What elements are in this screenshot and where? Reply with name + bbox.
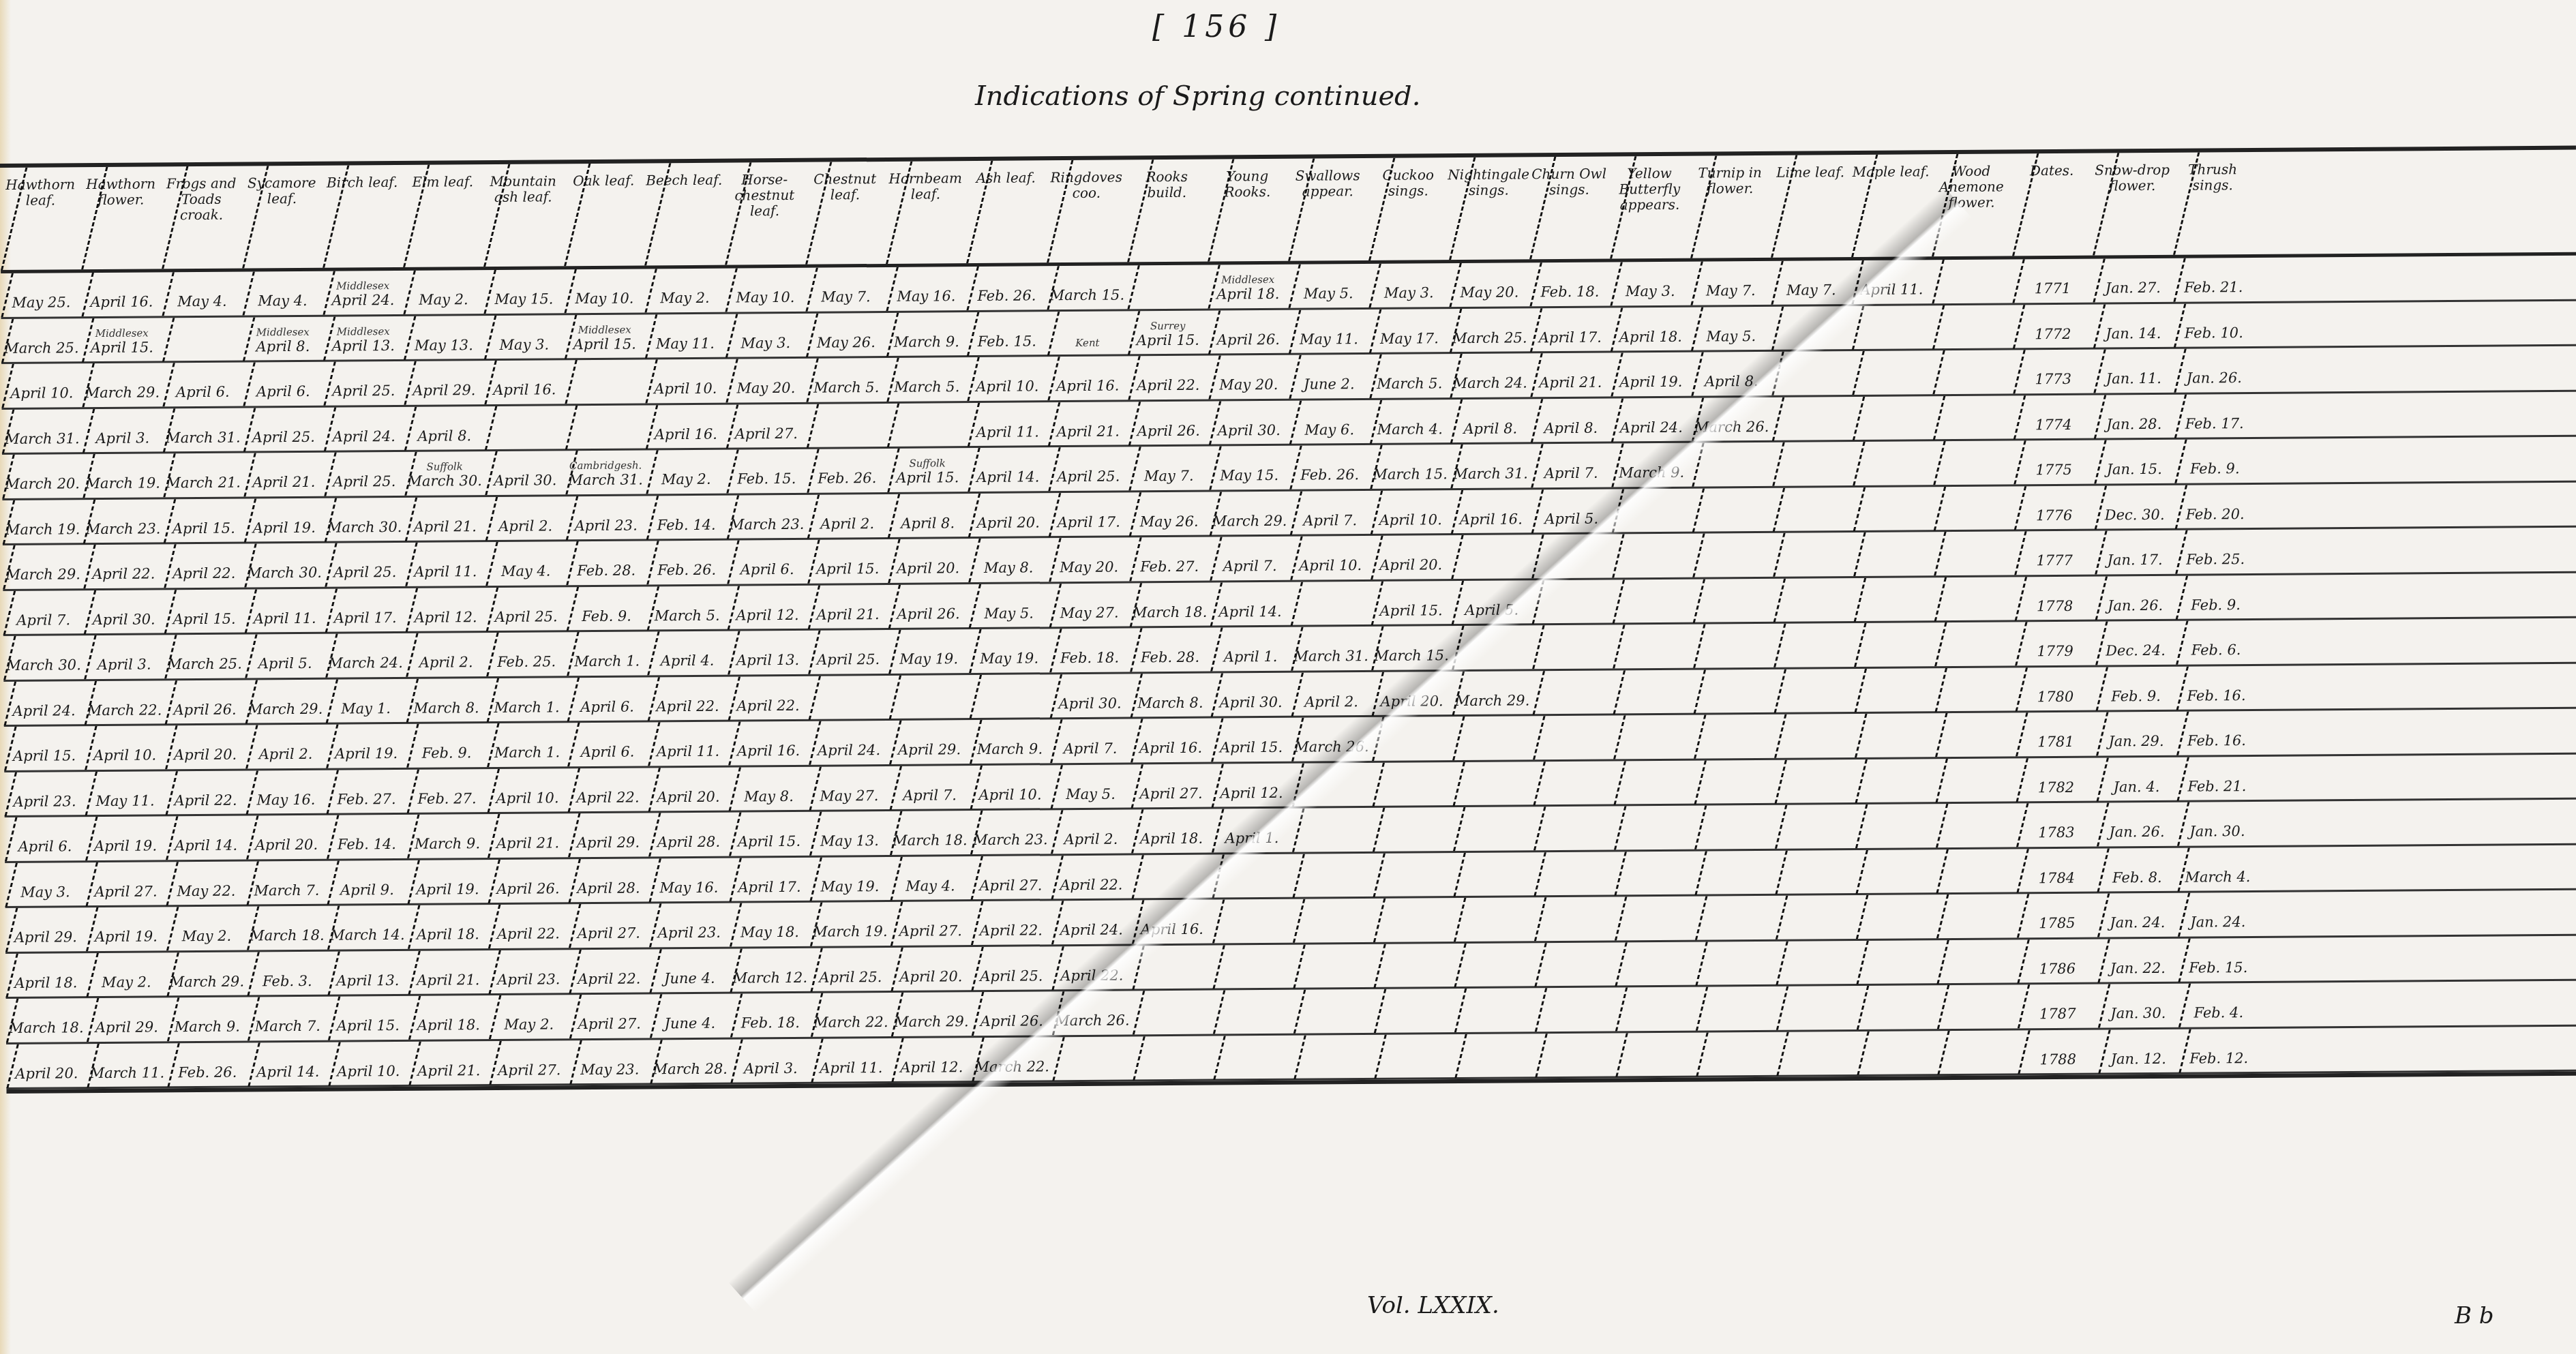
table-cell: April 11. (967, 402, 1047, 446)
table-cell: April 6. (162, 363, 243, 406)
date-value: May 4. (905, 877, 955, 894)
date-value: April 10. (654, 380, 717, 397)
table-cell: 1778 (2014, 576, 2095, 620)
table-cell: April 24. (324, 406, 404, 450)
table-cell: March 22. (811, 993, 891, 1036)
date-value: April 23. (658, 924, 721, 942)
table-cell (1774, 759, 1855, 803)
column-header: Young Rooks. (1207, 159, 1288, 262)
date-value: April 22. (736, 697, 799, 714)
table-cell: May 11. (85, 771, 165, 815)
table-cell (1854, 622, 1934, 666)
table-cell (1857, 1031, 1937, 1074)
table-cell: May 17. (1369, 309, 1450, 352)
location-note: Middlesex (1221, 274, 1274, 286)
date-value: April 12. (736, 607, 798, 624)
table-cell: April 5. (245, 634, 325, 678)
date-value: April 8. (1463, 420, 1517, 437)
date-value: April 30. (1219, 694, 1282, 711)
table-cell: May 19. (969, 629, 1049, 672)
table-cell: April 22. (165, 770, 245, 814)
date-value: May 5. (984, 605, 1034, 622)
table-cell: April 22. (728, 676, 808, 719)
date-value: March 18. (893, 832, 968, 849)
table-cell: April 8. (887, 494, 968, 537)
table-cell: Feb. 27. (326, 769, 406, 813)
date-value: April 21. (816, 606, 879, 623)
table-cell (1773, 623, 1854, 667)
date-value: May 3. (499, 336, 549, 353)
table-cell: March 7. (246, 860, 327, 904)
date-value: March 20. (5, 476, 80, 493)
table-cell: April 25. (808, 630, 888, 674)
column-header: Hawthorn leaf. (0, 167, 81, 270)
table-cell: May 27. (809, 766, 889, 809)
table-cell: Jan. 27. (2093, 258, 2173, 302)
date-value: April 16. (1460, 511, 1523, 528)
table-cell: April 12. (405, 588, 485, 631)
table-cell (1615, 987, 1695, 1031)
table-cell (1772, 442, 1853, 485)
table-cell: May 7. (805, 267, 886, 311)
table-cell: March 9. (886, 312, 967, 356)
date-value: Feb. 18. (1060, 650, 1119, 667)
date-value: April 6. (580, 698, 634, 715)
date-value: April 27. (735, 425, 798, 442)
table-cell (1290, 581, 1371, 625)
date-value: March 1. (494, 744, 560, 762)
table-cell: Feb. 16. (2176, 711, 2257, 755)
table-cell (1133, 991, 1213, 1034)
spring-indications-table: Hawthorn leaf.Hawthorn flower.Frogs and … (0, 146, 2576, 1094)
table-cell: Jan. 30. (2097, 984, 2178, 1027)
date-value: March 1. (494, 699, 559, 716)
table-cell (1127, 265, 1208, 309)
table-cell (1452, 762, 1533, 805)
table-cell: Feb. 26. (807, 449, 887, 492)
table-cell: March 19. (810, 902, 890, 946)
date-value: Jan. 28. (2106, 416, 2161, 433)
date-value: April 3. (95, 430, 149, 447)
table-cell: May 20. (1208, 355, 1289, 399)
table-cell: May 26. (806, 312, 886, 356)
date-value: April 7. (16, 612, 70, 629)
table-cell: April 20. (165, 725, 245, 769)
table-cell: Feb. 15. (967, 312, 1047, 355)
table-cell (1532, 670, 1613, 714)
table-cell: March 31. (1450, 444, 1531, 487)
table-cell: April 25. (243, 407, 324, 451)
date-value: April 13. (332, 337, 395, 355)
date-value: April 20. (15, 1065, 78, 1082)
table-cell (1934, 577, 2014, 620)
table-cell: March 9. (407, 814, 488, 858)
date-value: 1786 (2039, 961, 2076, 978)
table-cell: Jan. 28. (2093, 394, 2174, 438)
table-cell: April 1. (1210, 627, 1291, 671)
table-cell: April 4. (647, 631, 728, 675)
table-cell (1932, 305, 2013, 348)
table-cell (1694, 714, 1774, 758)
table-cell (1853, 487, 1933, 530)
table-cell: May 20. (1449, 262, 1529, 306)
date-value: April 6. (740, 561, 794, 578)
date-value: March 1. (574, 653, 640, 670)
table-cell: April 15. (1211, 718, 1291, 762)
table-cell: March 4. (2177, 847, 2258, 890)
date-value: Feb. 26. (178, 1064, 237, 1081)
table-cell (1533, 807, 1614, 850)
table-cell: March 1. (486, 678, 567, 721)
table-cell (1935, 712, 2016, 756)
table-cell: April 15. (328, 996, 408, 1040)
table-cell: March 28. (650, 1039, 730, 1083)
date-value: April 22. (497, 926, 560, 943)
table-cell (1374, 989, 1454, 1032)
table-cell (1932, 350, 2013, 393)
table-cell: May 4. (242, 271, 323, 315)
table-cell: Jan. 24. (2178, 892, 2258, 936)
table-cell (1934, 531, 2014, 575)
table-cell (1293, 899, 1373, 942)
table-cell: April 19. (326, 724, 406, 768)
date-value: April 24. (12, 702, 75, 719)
table-cell: April 13. (728, 631, 808, 674)
table-cell: April 21. (404, 497, 485, 541)
table-cell: March 12. (730, 948, 810, 991)
table-cell: May 1. (325, 678, 406, 722)
date-value: April 16. (655, 426, 717, 443)
table-cell: Feb. 18. (1529, 262, 1610, 306)
date-value: Feb. 25. (2186, 551, 2245, 568)
date-value: April 6. (581, 744, 635, 761)
date-value: April 15. (91, 339, 153, 356)
date-value: April 5. (258, 655, 312, 672)
table-cell: May 2. (646, 450, 726, 494)
table-cell (1692, 487, 1772, 531)
table-cell: SurreyApril 15. (1128, 310, 1208, 354)
table-cell: April 19. (407, 860, 488, 903)
table-cell: March 25. (1450, 308, 1530, 352)
table-cell: May 3. (484, 315, 565, 359)
table-cell: April 22. (1051, 855, 1131, 899)
table-cell: March 8. (1130, 673, 1210, 717)
table-cell (1856, 894, 1936, 938)
table-cell: Feb. 28. (1130, 628, 1210, 672)
table-cell (1212, 944, 1293, 988)
date-value: May 7. (821, 288, 871, 305)
date-value: April 15. (896, 470, 959, 487)
table-cell (1693, 669, 1773, 712)
table-cell (565, 359, 645, 403)
date-value: April 15. (1220, 739, 1283, 756)
date-value: April 4. (661, 652, 715, 670)
table-cell: April 8. (404, 406, 485, 450)
table-cell: May 2. (403, 270, 483, 314)
table-cell: March 31. (163, 408, 243, 451)
table-cell (1535, 1033, 1615, 1077)
date-value: April 10. (978, 786, 1041, 803)
date-value: May 6. (1304, 421, 1354, 438)
table-cell (1694, 805, 1775, 849)
column-header: Swallows appear. (1287, 158, 1368, 261)
table-cell: Feb. 9. (406, 723, 487, 767)
date-value: Dec. 30. (2105, 507, 2165, 524)
date-value: March 18. (1133, 604, 1208, 621)
table-cell: June 2. (1289, 355, 1369, 398)
table-cell: April 15. (164, 589, 244, 633)
table-cell: April 2. (406, 633, 486, 676)
date-value: April 26. (173, 701, 236, 718)
table-cell: 1776 (2013, 485, 2094, 529)
table-cell (1613, 625, 1693, 668)
column-header: Snow-drop flower. (2092, 153, 2173, 256)
table-cell (1771, 397, 1852, 440)
column-header: Oak leaf. (563, 163, 644, 266)
date-value: March 19. (85, 475, 160, 492)
page-number: [ 156 ] (1152, 10, 1280, 44)
date-value: April 19. (253, 520, 316, 537)
date-value: Dec. 24. (2106, 642, 2166, 659)
date-value: May 16. (256, 792, 315, 809)
date-value: March 8. (413, 699, 479, 717)
table-cell: March 29. (3, 545, 83, 588)
date-value: April 6. (176, 384, 230, 401)
date-value: April 21. (1057, 423, 1120, 440)
table-cell: May 20. (725, 359, 806, 402)
table-cell: March 1. (567, 631, 647, 675)
date-value: April 24. (331, 292, 394, 309)
date-value: May 17. (1380, 330, 1439, 347)
date-value: March 30. (247, 565, 322, 582)
table-cell: April 26. (1208, 310, 1289, 353)
table-cell: April 27. (725, 404, 806, 447)
date-value: March 31. (1293, 648, 1368, 665)
date-value: May 13. (820, 832, 879, 849)
table-cell: April 27. (85, 862, 166, 905)
date-value: March 23. (86, 520, 161, 537)
table-cell (1855, 713, 1935, 757)
date-value: April 13. (736, 652, 799, 669)
date-value: May 16. (897, 288, 955, 305)
table-cell: April 2. (1051, 809, 1131, 853)
date-value: March 14. (330, 927, 405, 944)
date-value: March 4. (2185, 869, 2250, 886)
table-cell: April 3. (730, 1038, 811, 1082)
date-value: 1779 (2037, 643, 2073, 660)
table-cell: Feb. 26. (1289, 445, 1370, 489)
date-value: April 25. (494, 608, 557, 625)
table-cell (1454, 897, 1534, 941)
table-cell: April 22. (1128, 356, 1208, 400)
table-cell: April 16. (1047, 356, 1128, 400)
table-cell: Feb. 15. (2178, 937, 2258, 981)
table-cell (1936, 803, 2016, 847)
table-cell: April 10. (967, 357, 1047, 400)
table-cell (1692, 533, 1773, 577)
date-value: April 25. (332, 382, 395, 400)
table-cell: March 23. (726, 494, 807, 538)
date-value: May 19. (820, 878, 879, 895)
table-cell (1854, 668, 1934, 712)
date-value: March 8. (1137, 695, 1203, 712)
date-value: April 20. (977, 514, 1040, 531)
table-cell: May 5. (1050, 764, 1130, 808)
table-cell: April 30. (485, 451, 565, 494)
table-cell: April 6. (243, 362, 323, 406)
table-cell: Cambridgesh.March 31. (565, 450, 646, 494)
table-cell: Feb. 3. (247, 951, 327, 995)
date-value: April 23. (497, 971, 560, 988)
table-cell: Jan. 17. (2095, 530, 2175, 574)
date-value: April 16. (1056, 378, 1119, 395)
table-cell: 1788 (2018, 1029, 2098, 1073)
date-value: April 17. (334, 610, 397, 627)
table-cell (1612, 579, 1692, 622)
table-cell: Feb. 26. (646, 541, 727, 584)
date-value: May 10. (575, 290, 633, 307)
date-value: April 20. (174, 747, 237, 764)
table-cell: March 4. (1369, 400, 1450, 443)
date-value: April 21. (414, 518, 477, 535)
table-cell: April 2. (485, 496, 565, 540)
column-header: Cuckoo sings. (1368, 157, 1449, 260)
date-value: April 20. (899, 968, 962, 985)
column-header: Turnip in flower. (1690, 155, 1771, 258)
date-value: May 19. (980, 650, 1038, 667)
table-cell: Feb. 8. (2097, 847, 2177, 891)
date-value: April 25. (333, 564, 396, 581)
date-value: April 21. (417, 972, 479, 989)
date-value: 1778 (2037, 598, 2073, 615)
table-cell: April 21. (1047, 402, 1128, 445)
table-cell: March 21. (163, 453, 243, 497)
table-cell: April 27. (890, 901, 971, 945)
table-cell: Feb. 21. (2176, 756, 2257, 800)
date-value: April 13. (336, 972, 399, 989)
date-value: April 25. (1057, 468, 1120, 485)
table-cell: April 21. (408, 950, 488, 994)
date-value: April 19. (1619, 374, 1682, 391)
table-cell (1773, 669, 1854, 712)
table-cell: March 30. (3, 635, 84, 679)
table-cell (1613, 715, 1694, 759)
date-value: April 2. (419, 655, 473, 672)
table-cell: March 30. (324, 497, 404, 541)
date-value: April 3. (98, 657, 151, 674)
date-value: April 14. (1218, 603, 1281, 620)
table-cell (1615, 1032, 1696, 1076)
table-header-row: Hawthorn leaf.Hawthorn flower.Frogs and … (0, 150, 2576, 273)
table-cell: April 18. (408, 905, 488, 948)
date-value: Feb. 9. (2111, 688, 2161, 705)
date-value: April 30. (1058, 695, 1121, 712)
date-value: April 29. (413, 382, 475, 399)
date-value: April 22. (173, 565, 235, 582)
table-cell: March 22. (84, 680, 164, 724)
date-value: Feb. 27. (1140, 558, 1199, 575)
table-cell: April 7. (3, 590, 83, 634)
date-value: Jan. 26. (2108, 597, 2163, 614)
date-value: Jan. 29. (2108, 733, 2163, 750)
date-value: April 12. (900, 1059, 963, 1076)
table-cell (1934, 667, 2015, 711)
date-value: Jan. 30. (2110, 1005, 2166, 1022)
table-cell: Feb. 9. (2174, 439, 2255, 483)
date-value: April 14. (256, 1064, 319, 1081)
table-cell: SuffolkApril 15. (887, 448, 968, 492)
location-note: Middlesex (337, 326, 390, 338)
date-value: April 8. (417, 427, 471, 445)
table-cell (1933, 440, 2013, 484)
table-cell: March 9. (167, 997, 248, 1040)
date-value: April 15. (816, 560, 879, 577)
table-cell: 1771 (2012, 259, 2093, 303)
table-cell: April 30. (83, 590, 164, 633)
table-cell: Feb. 6. (2176, 620, 2256, 664)
table-cell (969, 674, 1049, 718)
table-cell: 1773 (2013, 350, 2093, 393)
table-cell: March 8. (406, 678, 486, 722)
table-cell: SuffolkMarch 30. (404, 451, 485, 495)
column-header: Elm leaf. (402, 164, 483, 267)
table-cell: April 18. (1611, 307, 1691, 350)
table-cell: May 26. (1128, 492, 1209, 535)
table-cell: April 6. (727, 540, 807, 584)
table-cell (1936, 939, 2017, 983)
date-value: April 28. (577, 879, 640, 897)
table-cell: April 26. (888, 584, 968, 628)
date-value: May 27. (820, 787, 878, 804)
date-value: Feb. 21. (2187, 778, 2246, 795)
column-header: Churn Owl sings. (1529, 157, 1610, 260)
table-cell: April 18. (5, 953, 86, 997)
date-value: April 11. (414, 563, 477, 580)
column-header: Lime leaf. (1770, 155, 1851, 258)
table-cell: May 2. (86, 952, 166, 996)
table-cell: April 10. (970, 765, 1050, 809)
table-cell: April 11. (648, 722, 728, 766)
table-cell: Feb. 27. (1129, 537, 1210, 581)
date-value: May 5. (1066, 785, 1115, 802)
table-cell (1533, 761, 1613, 804)
date-value: May 3. (1384, 285, 1434, 302)
date-value: May 4. (258, 292, 308, 310)
table-cell: March 24. (1450, 353, 1530, 397)
date-value: April 12. (414, 609, 477, 626)
table-cell: 1780 (2015, 667, 2095, 710)
table-cell: April 29. (404, 361, 484, 404)
date-value: 1774 (2035, 417, 2072, 434)
date-value: May 2. (661, 471, 711, 488)
table-cell (1695, 896, 1776, 939)
table-cell: May 2. (489, 995, 569, 1038)
table-cell: April 14. (248, 1042, 328, 1085)
table-cell (1293, 944, 1373, 987)
date-value: April 24. (333, 428, 395, 445)
table-cell (1613, 670, 1693, 713)
table-cell: Feb. 12. (2178, 1028, 2259, 1072)
table-cell: MiddlesexApril 24. (323, 271, 403, 314)
signature-mark: B b (2455, 1302, 2494, 1329)
column-header: Birch leaf. (322, 165, 403, 268)
table-cell (1212, 899, 1293, 943)
date-value: May 11. (656, 335, 715, 352)
date-value: April 25. (980, 967, 1043, 984)
date-value: Feb. 26. (977, 288, 1036, 305)
table-cell (484, 406, 565, 449)
table-cell: March 23. (970, 810, 1051, 854)
